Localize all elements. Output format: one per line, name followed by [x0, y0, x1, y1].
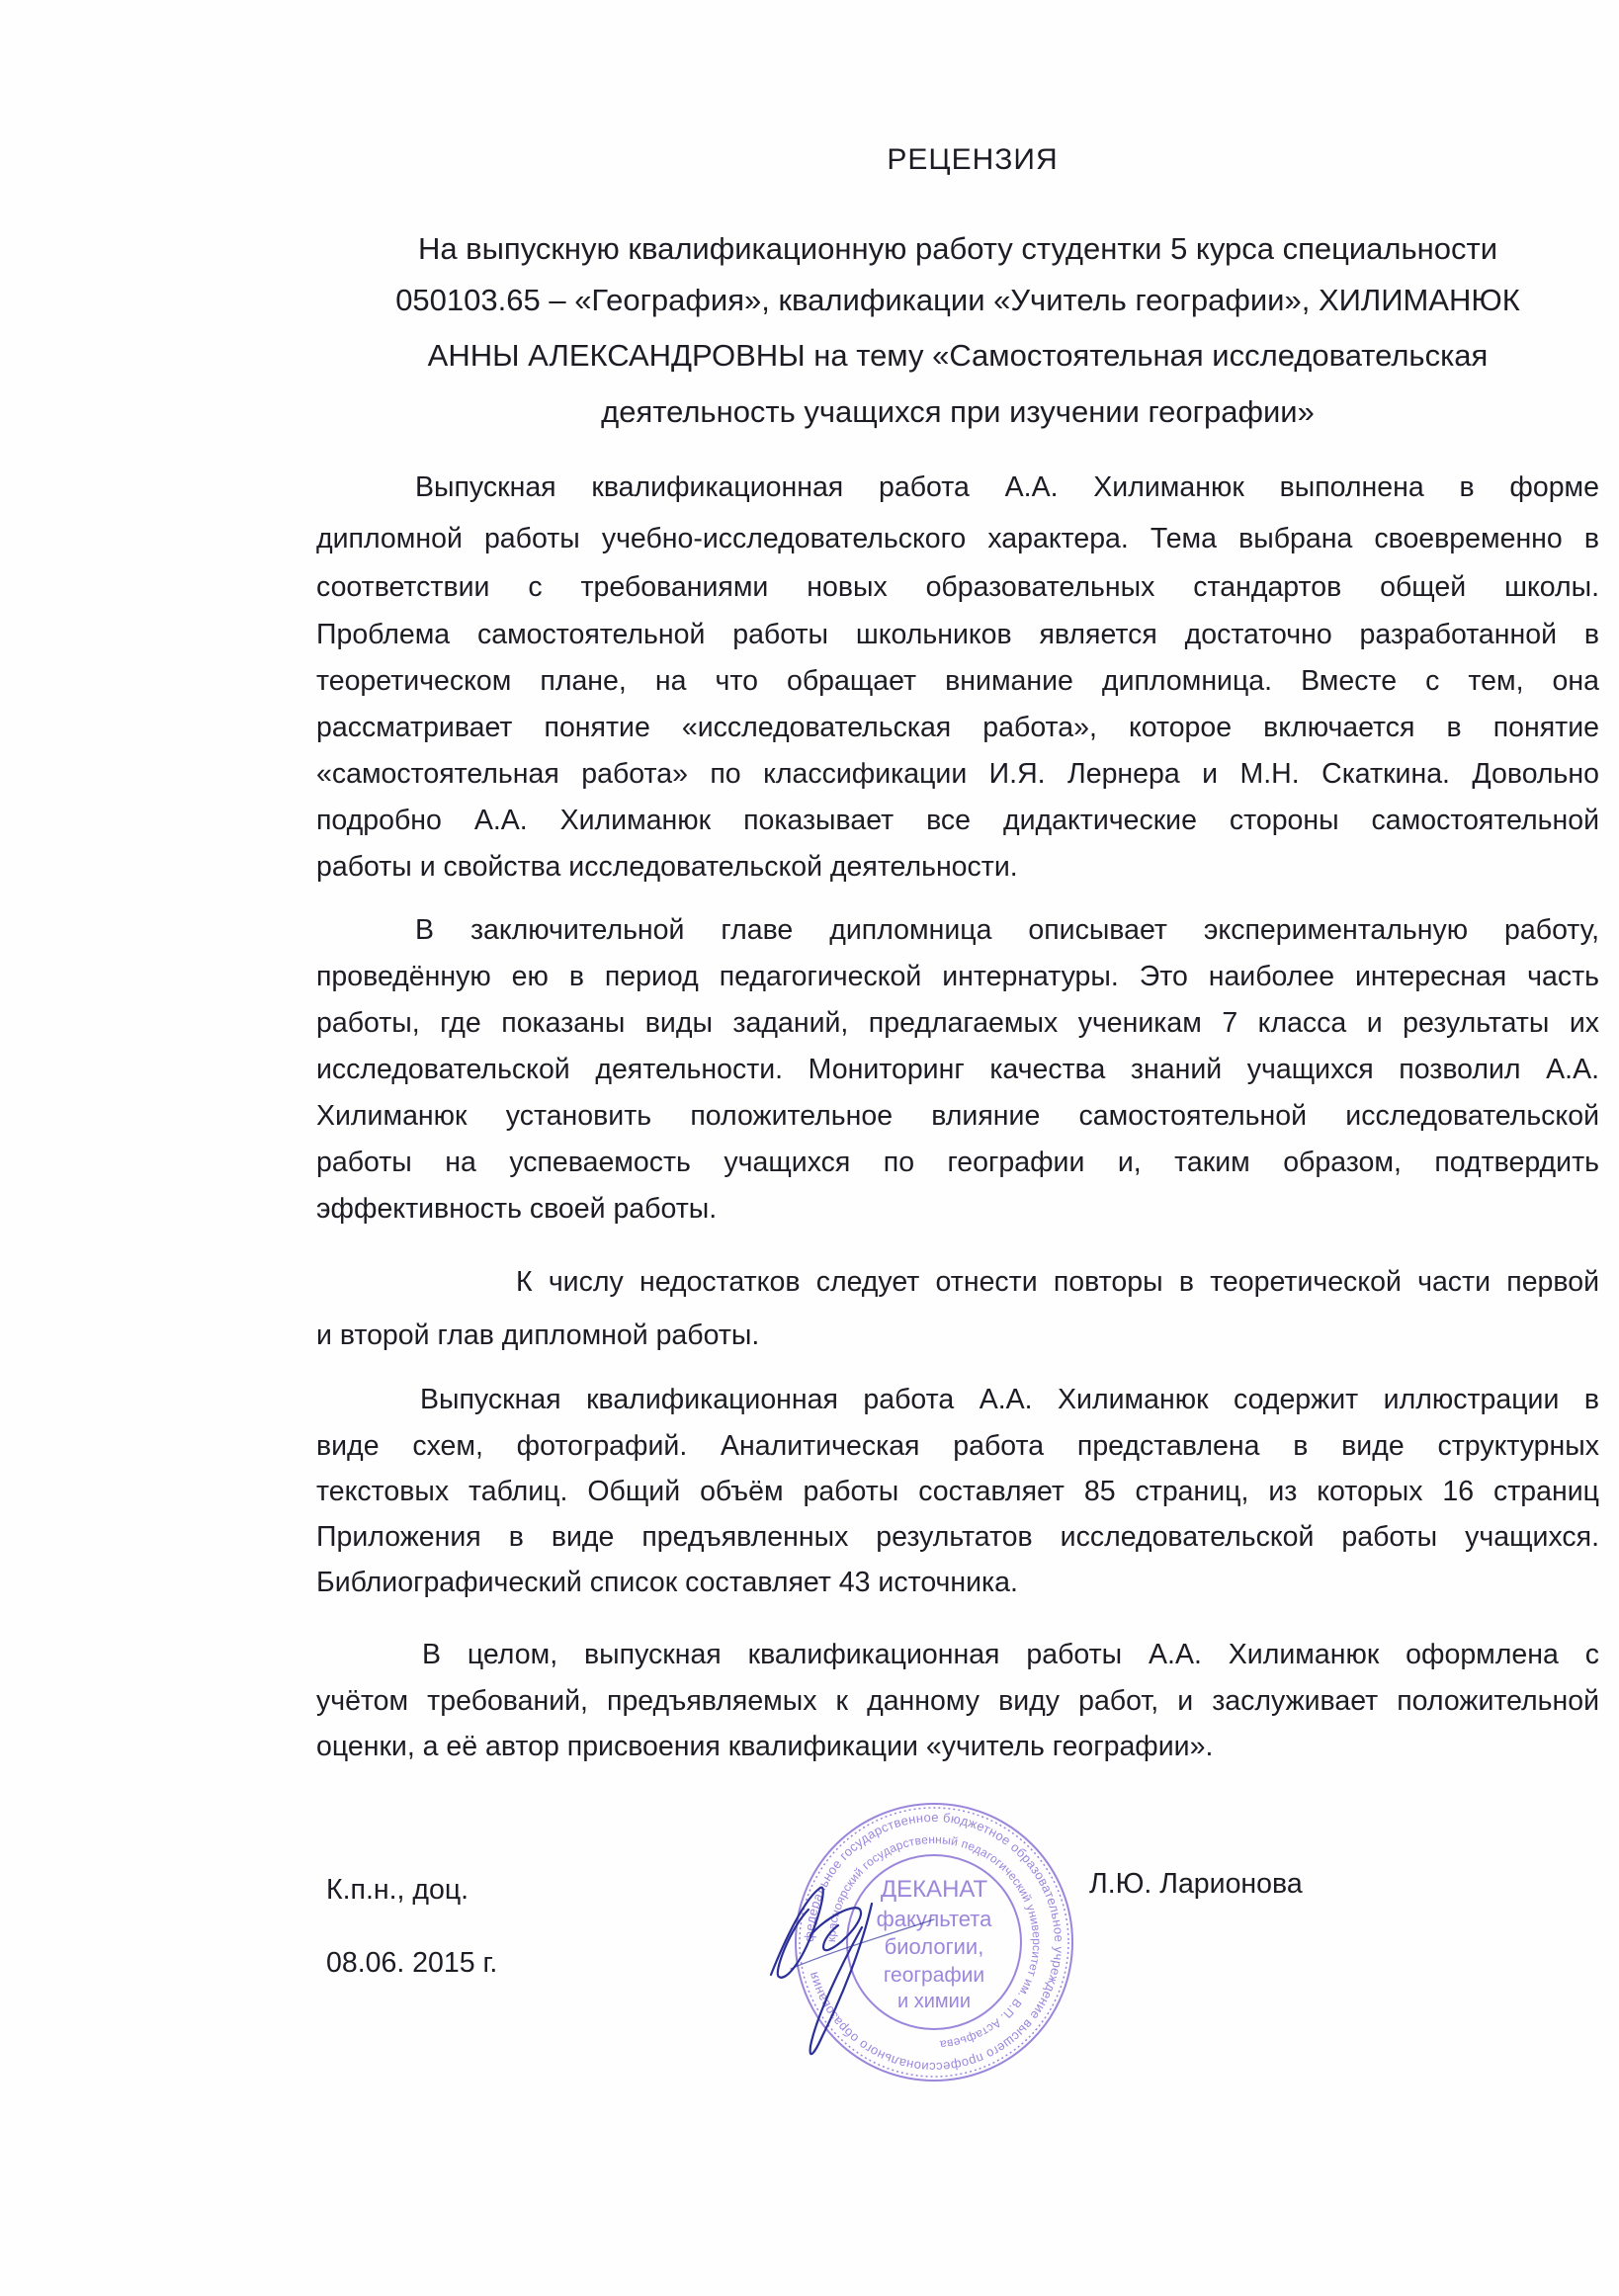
- paragraph-line: соответствии с требованиями новых образо…: [316, 570, 1599, 604]
- paragraph-line: эффективность своей работы.: [316, 1192, 1599, 1226]
- paragraph-line: подробно А.А. Хилиманюк показывает все д…: [316, 804, 1599, 837]
- paragraph-line: и второй глав дипломной работы.: [316, 1318, 1599, 1352]
- paragraph-line: исследовательской деятельности. Монитори…: [316, 1053, 1599, 1086]
- heading-line: 050103.65 – «География», квалификации «У…: [316, 283, 1599, 318]
- paragraph-line: работы на успеваемость учащихся по геогр…: [316, 1146, 1599, 1179]
- heading-line: деятельность учащихся при изучении геогр…: [316, 394, 1599, 430]
- paragraph-line: проведённую ею в период педагогической и…: [316, 960, 1599, 993]
- paragraph-line: теоретическом плане, на что обращает вни…: [316, 664, 1599, 698]
- paragraph-line: виде схем, фотографий. Аналитическая раб…: [316, 1429, 1599, 1463]
- paragraph-line: текстовых таблиц. Общий объём работы сос…: [316, 1475, 1599, 1508]
- paragraph-line: оценки, а её автор присвоения квалификац…: [316, 1730, 1599, 1763]
- paragraph-line: Приложения в виде предъявленных результа…: [316, 1520, 1599, 1554]
- paragraph-line: Библиографический список составляет 43 и…: [316, 1566, 1599, 1599]
- paragraph-line: работы, где показаны виды заданий, предл…: [316, 1006, 1599, 1040]
- paragraph-line: работы и свойства исследовательской деят…: [316, 850, 1599, 884]
- reviewer-degree: К.п.н., доц.: [326, 1873, 469, 1907]
- paragraph-line: К числу недостатков следует отнести повт…: [516, 1265, 1599, 1299]
- heading-line: На выпускную квалификационную работу сту…: [316, 231, 1599, 267]
- paragraph-line: «самостоятельная работа» по классификаци…: [316, 757, 1599, 791]
- document-page: РЕЦЕНЗИЯ На выпускную квалификационную р…: [0, 0, 1619, 2296]
- paragraph-line: В целом, выпускная квалификационная рабо…: [422, 1638, 1599, 1671]
- paragraph-line: дипломной работы учебно-исследовательско…: [316, 522, 1599, 555]
- paragraph-line: Выпускная квалификационная работа А.А. Х…: [420, 1383, 1599, 1416]
- paragraph-line: Проблема самостоятельной работы школьник…: [316, 618, 1599, 651]
- paragraph-line: Хилиманюк установить положительное влиян…: [316, 1099, 1599, 1133]
- reviewer-name: Л.Ю. Ларионова: [1089, 1867, 1303, 1901]
- paragraph-line: учётом требований, предъявляемых к данно…: [316, 1684, 1599, 1718]
- review-date: 08.06. 2015 г.: [326, 1946, 497, 1980]
- document-title: РЕЦЕНЗИЯ: [0, 143, 1619, 177]
- paragraph-line: Выпускная квалификационная работа А.А. Х…: [415, 470, 1599, 504]
- handwritten-signature-icon: [731, 1858, 949, 2076]
- heading-line: АННЫ АЛЕКСАНДРОВНЫ на тему «Самостоятель…: [316, 338, 1599, 374]
- paragraph-line: рассматривает понятие «исследовательская…: [316, 711, 1599, 744]
- paragraph-line: В заключительной главе дипломница описыв…: [415, 913, 1599, 947]
